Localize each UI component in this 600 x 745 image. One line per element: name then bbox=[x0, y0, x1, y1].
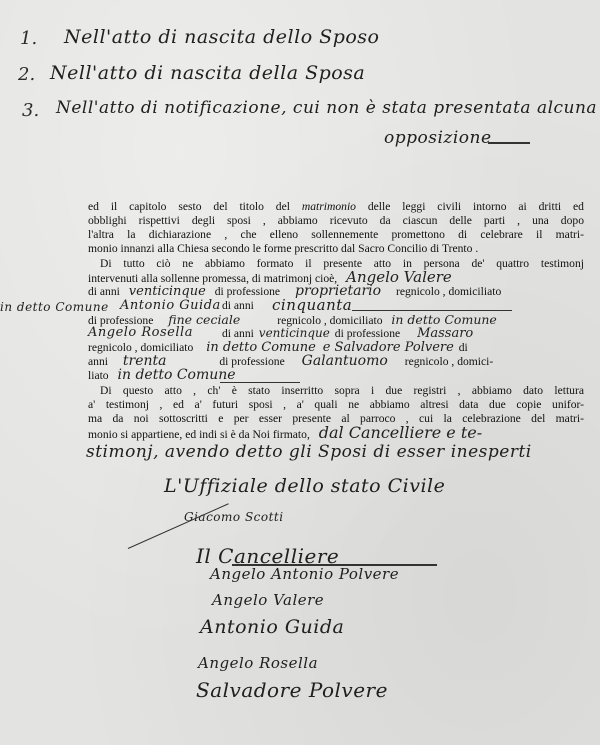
witness2-age: cinquanta bbox=[272, 296, 352, 314]
witness2-name: Antonio Guida bbox=[120, 298, 221, 313]
text-italic: matrimonio bbox=[302, 200, 356, 213]
witness-signature: Angelo Rosella bbox=[198, 654, 318, 672]
note-continuation: opposizione bbox=[384, 128, 492, 148]
fill-line bbox=[352, 310, 512, 311]
printed-line: l'altra la dichiarazione , che elleno so… bbox=[88, 228, 584, 242]
witness1-age: venticinque bbox=[123, 284, 212, 299]
printed-line: monio si appartiene, ed indi si è da Noi… bbox=[88, 426, 584, 442]
printed-line: liato in detto Comune bbox=[88, 369, 584, 383]
printed-line: di anni venticinque di professione Massa… bbox=[222, 327, 582, 341]
signature-flourish bbox=[128, 503, 229, 549]
text: anni bbox=[88, 355, 108, 368]
note-text: Nell'atto di nascita della Sposa bbox=[50, 62, 365, 84]
note-text: Nell'atto di nascita dello Sposo bbox=[64, 26, 379, 48]
official-title: L'Uffiziale dello stato Civile bbox=[164, 475, 445, 497]
note-number: 3. bbox=[22, 100, 39, 121]
witness3-name: Angelo Rosella bbox=[88, 325, 193, 340]
printed-line: Di questo atto , ch' è stato inserritto … bbox=[100, 384, 584, 398]
flourish-line bbox=[488, 142, 530, 144]
text: di professione bbox=[215, 285, 280, 298]
text: monio si appartiene, ed indi si è da Noi… bbox=[88, 428, 310, 441]
printed-line: di anni bbox=[222, 299, 262, 313]
note-number: 2. bbox=[18, 64, 35, 85]
printed-line: a' testimonj , ed a' futuri sposi , a' q… bbox=[88, 398, 584, 412]
text: liato bbox=[88, 369, 109, 382]
document-page: 1. Nell'atto di nascita dello Sposo 2. N… bbox=[0, 0, 600, 745]
text: ed il capitolo sesto del titolo del bbox=[88, 200, 290, 213]
text: regnicolo , domiciliato bbox=[396, 285, 501, 298]
witness2-domicile: in detto Comune bbox=[385, 312, 502, 327]
printed-line: ed il capitolo sesto del titolo del matr… bbox=[88, 200, 584, 214]
text: di anni bbox=[88, 285, 120, 298]
witness1-domicile: in detto Comune bbox=[0, 300, 109, 314]
printed-line: monio innanzi alla Chiesa secondo le for… bbox=[88, 242, 584, 256]
note-number: 1. bbox=[20, 28, 37, 49]
text: delle leggi civili intorno ai dritti ed bbox=[368, 200, 584, 213]
witness3-age: venticinque bbox=[257, 326, 332, 340]
note-text: Nell'atto di notificazione, cui non è st… bbox=[56, 98, 597, 118]
text: di anni bbox=[222, 327, 254, 340]
fill-line bbox=[220, 382, 300, 383]
printed-line: obblighi rispettivi degli sposi , abbiam… bbox=[88, 214, 584, 228]
witness-signature: Angelo Valere bbox=[212, 591, 324, 609]
text: di professione bbox=[335, 327, 400, 340]
witness-signature: Salvadore Polvere bbox=[196, 678, 388, 702]
text: regnicolo , domici- bbox=[405, 355, 494, 368]
witness3-profession: Massaro bbox=[403, 326, 479, 341]
closing-text-2: stimonj, avendo detto gli Sposi di esser… bbox=[86, 442, 532, 462]
witness-signature: Angelo Antonio Polvere bbox=[210, 565, 399, 583]
witness-signature: Antonio Guida bbox=[200, 616, 344, 638]
witness4-profession: Galantuomo bbox=[288, 353, 402, 369]
text: di bbox=[457, 341, 468, 354]
witness4-domicile: in detto Comune bbox=[112, 367, 242, 383]
closing-text-1: dal Cancelliere e te- bbox=[313, 423, 488, 442]
